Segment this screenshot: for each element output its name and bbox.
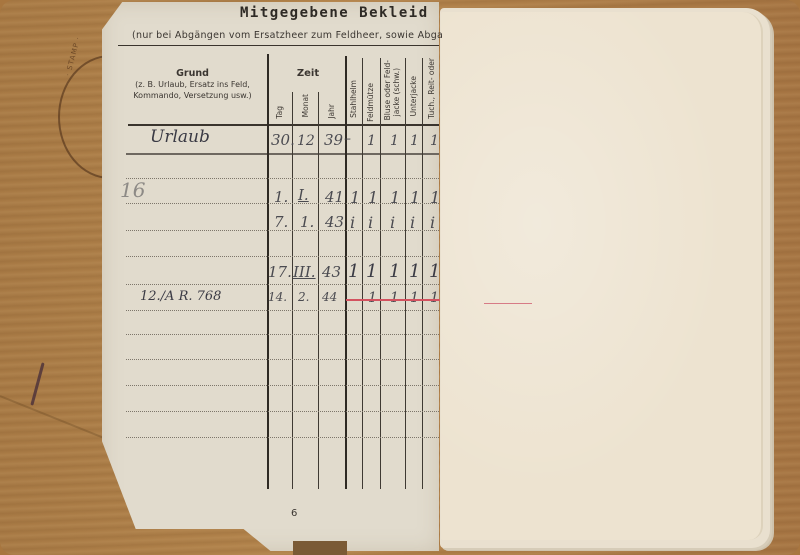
header-bottom-rule	[128, 124, 439, 126]
ruled-line	[126, 437, 439, 438]
cell-stahlhelm: –	[344, 131, 351, 147]
cell-tuchhose: 1	[430, 290, 439, 306]
cell-stahlhelm: 1	[348, 261, 359, 282]
cell-jahr: 39	[324, 131, 343, 149]
cell-feldmuetze: i	[368, 213, 373, 232]
header-stahlhelm: Stahlhelm	[350, 80, 358, 118]
header-jahr: Jahr	[328, 104, 336, 119]
page-number: 6	[291, 508, 297, 519]
cover-gap	[293, 541, 347, 555]
ruled-line	[126, 334, 439, 335]
cell-unterjacke: 1	[410, 188, 420, 207]
cell-tuchhose: i	[430, 213, 435, 232]
header-unterjacke: Unterjacke	[410, 76, 418, 116]
cell-monat: 12	[297, 133, 315, 149]
ruled-line	[126, 310, 439, 311]
cell-tuchhose: 1	[430, 188, 440, 207]
cell-unterjacke: i	[410, 213, 415, 232]
header-grund-title: Grund	[120, 68, 265, 79]
header-top-rule	[118, 45, 439, 46]
ruled-line	[126, 284, 439, 285]
cell-tuchhose: 1	[430, 133, 439, 149]
cell-jahr: 41	[325, 188, 344, 206]
col-divider-bluse	[405, 58, 406, 489]
cell-grund: Urlaub	[150, 127, 210, 147]
header-grund: Grund (z. B. Urlaub, Ersatz ins Feld, Ko…	[120, 68, 265, 101]
cell-tuchhose: 1	[429, 261, 440, 282]
header-feldmuetze: Feldmütze	[367, 83, 375, 122]
cell-tag: 14.	[268, 290, 287, 304]
ruled-line	[126, 178, 439, 179]
ruled-line	[126, 411, 439, 412]
cell-monat: I.	[298, 186, 309, 204]
col-divider-stahlhelm	[362, 58, 363, 489]
header-grund-subtitle-2: Kommando, Versetzung usw.)	[120, 90, 265, 101]
cell-bluse: 1	[389, 261, 400, 282]
col-divider-feldmuetze	[380, 58, 381, 489]
ruled-line	[126, 385, 439, 386]
red-strikethrough	[346, 299, 440, 301]
cell-unterjacke: 1	[410, 290, 419, 306]
cell-stahlhelm: 1	[350, 188, 360, 207]
cell-jahr: 43	[322, 263, 341, 281]
cell-feldmuetze: 1	[368, 188, 378, 207]
header-grund-subtitle-1: (z. B. Urlaub, Ersatz ins Feld,	[120, 79, 265, 90]
page-title: Mitgegebene Bekleid	[240, 5, 429, 21]
col-divider-monat	[318, 92, 319, 489]
cell-feldmuetze: 1	[368, 290, 377, 306]
cell-tag: 17.	[268, 263, 292, 281]
col-divider-tag	[292, 92, 293, 489]
cell-tag: 30.	[271, 131, 295, 149]
row1-bottom-rule	[126, 153, 439, 155]
header-zeit: Zeit	[270, 68, 346, 79]
cell-grund: 12./A R. 768	[140, 289, 221, 304]
cell-bluse: 1	[390, 290, 399, 306]
cell-feldmuetze: 1	[367, 133, 376, 149]
cell-unterjacke: 1	[410, 133, 419, 149]
cell-monat: 2.	[298, 290, 309, 304]
cell-feldmuetze: 1	[366, 261, 377, 282]
cell-bluse: 1	[390, 133, 399, 149]
cell-bluse: i	[390, 213, 395, 232]
cell-tag: 7.	[274, 213, 288, 231]
header-bluse-2: jacke (schw.)	[393, 68, 401, 116]
cell-monat: 1.	[300, 213, 314, 231]
header-tag: Tag	[276, 106, 284, 119]
cell-unterjacke: 1	[409, 261, 420, 282]
header-tuchhose: Tuch., Reit- oder	[428, 58, 436, 119]
col-divider-zeit	[345, 56, 347, 489]
ruled-line	[126, 359, 439, 360]
cell-stahlhelm: i	[350, 213, 355, 232]
cell-jahr: 44	[322, 290, 337, 304]
red-ink-offset-mark	[484, 303, 532, 304]
ruled-line	[126, 256, 439, 257]
cell-grund-pencil: 16	[120, 178, 145, 202]
cell-bluse: 1	[390, 188, 400, 207]
right-page-blank[interactable]	[441, 12, 763, 540]
header-monat: Monat	[302, 94, 310, 117]
col-divider-unterjacke	[422, 58, 423, 489]
cell-jahr: 43	[325, 213, 344, 231]
page-subtitle: (nur bei Abgängen vom Ersatzheer zum Fel…	[132, 30, 443, 41]
header-bluse-1: Bluse oder Feld-	[384, 60, 392, 120]
cell-tag: 1.	[274, 188, 288, 206]
cell-monat: III.	[293, 263, 316, 281]
